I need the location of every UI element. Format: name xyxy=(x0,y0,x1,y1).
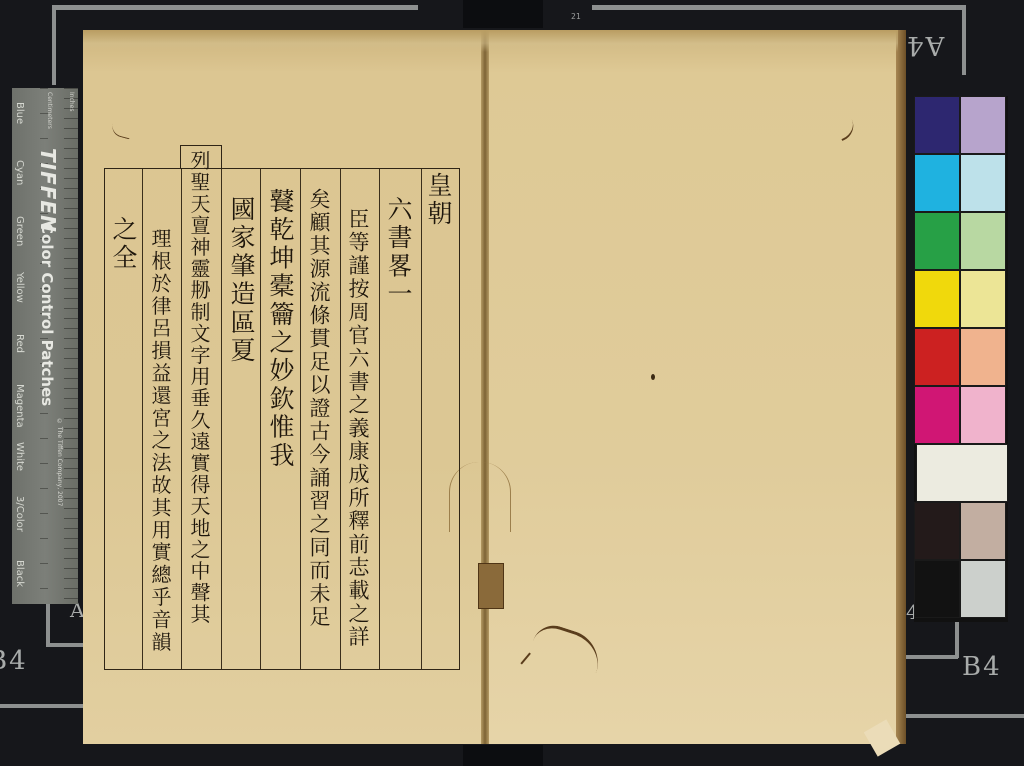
mat-label-a4-flipped: A4 xyxy=(905,30,944,60)
column-rule xyxy=(221,169,222,669)
wormhole-spot xyxy=(651,374,655,380)
color-patch-3color-dark xyxy=(914,502,960,560)
top-edge-wear xyxy=(83,30,898,52)
top-strip-mark: 21 xyxy=(571,12,581,21)
color-patch-cyan-light xyxy=(960,154,1006,212)
text-column-8: 理根於律呂損益還宮之法故其用實總乎音韻 xyxy=(150,228,170,654)
mat-guide-left-lower-h xyxy=(46,643,84,647)
mat-guide-right-lower-v xyxy=(955,622,959,658)
text-column-5: 鼚乾坤橐籥之妙欽惟我 xyxy=(268,188,293,470)
color-patch-blue-dark xyxy=(914,96,960,154)
bottom-strip-dark-block xyxy=(463,745,543,766)
ruler-label-3color: 3/Color xyxy=(14,496,25,532)
color-patch-red-light xyxy=(960,328,1006,386)
ruler-label-blue: Blue xyxy=(14,102,25,124)
text-column-3: 臣等謹按周官六書之義康成所釋前志載之詳 xyxy=(347,208,368,649)
book-gutter xyxy=(481,30,489,744)
ruler-label-yellow: Yellow xyxy=(14,272,25,303)
heading-subtitle: 六書畧一 xyxy=(386,196,411,309)
ruler-units-cm: Centimeters xyxy=(46,92,53,129)
mat-guide-left-bottom xyxy=(0,704,84,708)
ruler-label-magenta: Magenta xyxy=(14,384,25,428)
tiffen-logo: TIFFEN xyxy=(36,148,60,233)
mat-guide-top-left xyxy=(53,5,418,10)
color-patch-black-light xyxy=(960,560,1006,618)
book-right-edge xyxy=(896,30,906,744)
ruler-units-inches: Inches xyxy=(68,92,75,112)
ruler-inch-ticks xyxy=(64,88,78,604)
ruler-label-black: Black xyxy=(14,560,25,587)
mat-label-b4-right: B4 xyxy=(962,652,1002,682)
mat-guide-right-bottom xyxy=(900,714,1024,718)
heading-title: 皇朝 xyxy=(426,172,451,228)
mat-guide-left-vertical xyxy=(52,5,56,85)
color-patch-cyan-dark xyxy=(914,154,960,212)
color-patch-green-dark xyxy=(914,212,960,270)
mat-guide-right-vertical xyxy=(962,5,966,75)
mat-label-b4-left: B4 xyxy=(0,646,28,676)
color-patch-strip xyxy=(914,96,1008,622)
color-patch-magenta-dark xyxy=(914,386,960,444)
ruler-copyright: © The Tiffen Company, 2007 xyxy=(56,418,63,506)
mat-guide-top-right xyxy=(592,5,966,10)
color-patch-white xyxy=(916,444,1008,502)
color-patch-magenta-light xyxy=(960,386,1006,444)
color-patch-yellow-light xyxy=(960,270,1006,328)
column-rule xyxy=(181,169,182,669)
text-column-6: 國家肇造區夏 xyxy=(229,196,254,365)
column-rule xyxy=(340,169,341,669)
ruler-label-red: Red xyxy=(14,334,25,353)
color-patch-3color-light xyxy=(960,502,1006,560)
column-rule xyxy=(300,169,301,669)
text-column-7: 列聖天亶神靈刱制文字用垂久遠實得天地之中聲其 xyxy=(189,150,209,625)
column-rule xyxy=(260,169,261,669)
ruler-label-green: Green xyxy=(14,216,25,246)
color-patch-green-light xyxy=(960,212,1006,270)
color-patch-black-dark xyxy=(914,560,960,618)
spine-damage xyxy=(478,563,504,609)
column-rule xyxy=(142,169,143,669)
top-strip-dark-block xyxy=(463,0,543,28)
mat-guide-right-lower-h xyxy=(900,655,958,659)
color-patch-blue-light xyxy=(960,96,1006,154)
color-patch-yellow-dark xyxy=(914,270,960,328)
text-column-4: 矣顧其源流條貫足以證古今誦習之同而未足 xyxy=(308,188,329,629)
mat-guide-left-lower-v xyxy=(46,604,50,646)
ruler-title: Color Control Patches xyxy=(38,223,56,406)
ruler-label-white: White xyxy=(14,442,25,471)
column-rule xyxy=(421,169,422,669)
ruler-label-cyan: Cyan xyxy=(14,160,25,185)
color-patch-red-dark xyxy=(914,328,960,386)
column-rule xyxy=(379,169,380,669)
tiffen-color-ruler: Centimeters Inches TIFFEN Color Control … xyxy=(12,88,78,604)
text-column-9: 之全 xyxy=(111,216,136,272)
